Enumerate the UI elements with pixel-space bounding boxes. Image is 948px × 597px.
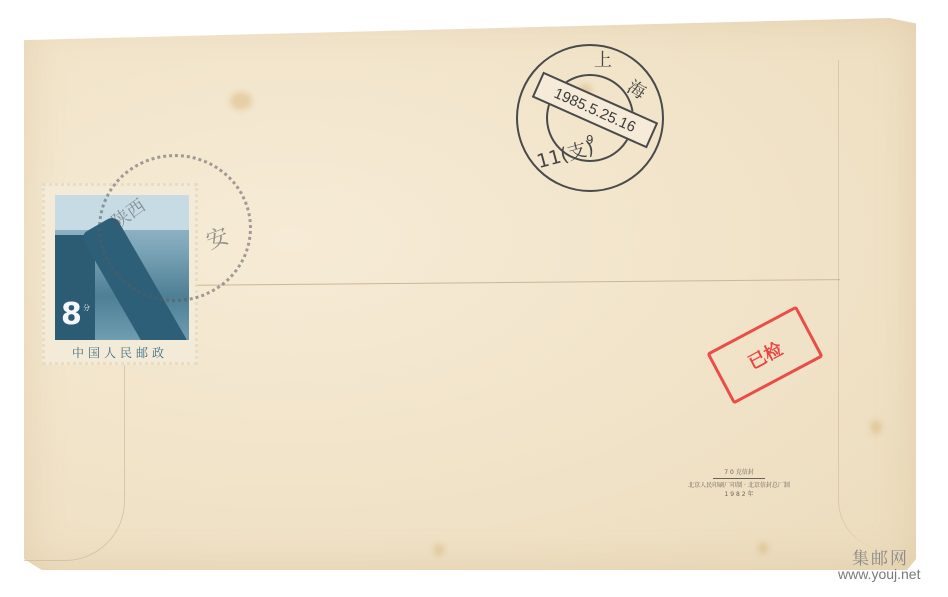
imprint-line-1: 7 0 克信封 [668,468,810,477]
age-stain [230,92,252,110]
postmark-city-top: 上 [594,46,612,72]
printer-imprint: 7 0 克信封 北京人民印刷厂印制 · 北京信封总厂制 1 9 8 2 年 [668,468,810,499]
age-stain [434,544,444,556]
left-flap-edge [24,360,125,561]
red-seal-text: 已检 [743,335,787,375]
watermark-url: www.youj.net [838,566,920,582]
stamp-country-text: 中国人民邮政 [45,344,195,361]
imprint-rule [713,478,765,479]
imprint-line-2: 北京人民印刷厂印制 · 北京信封总厂制 [668,481,810,490]
right-flap-edge [838,60,909,550]
stamp-unit: 分 [83,303,90,313]
age-stain [870,420,882,434]
age-stain [758,542,768,554]
stamp-value: 8 [61,297,82,332]
imprint-line-3: 1 9 8 2 年 [668,490,810,499]
